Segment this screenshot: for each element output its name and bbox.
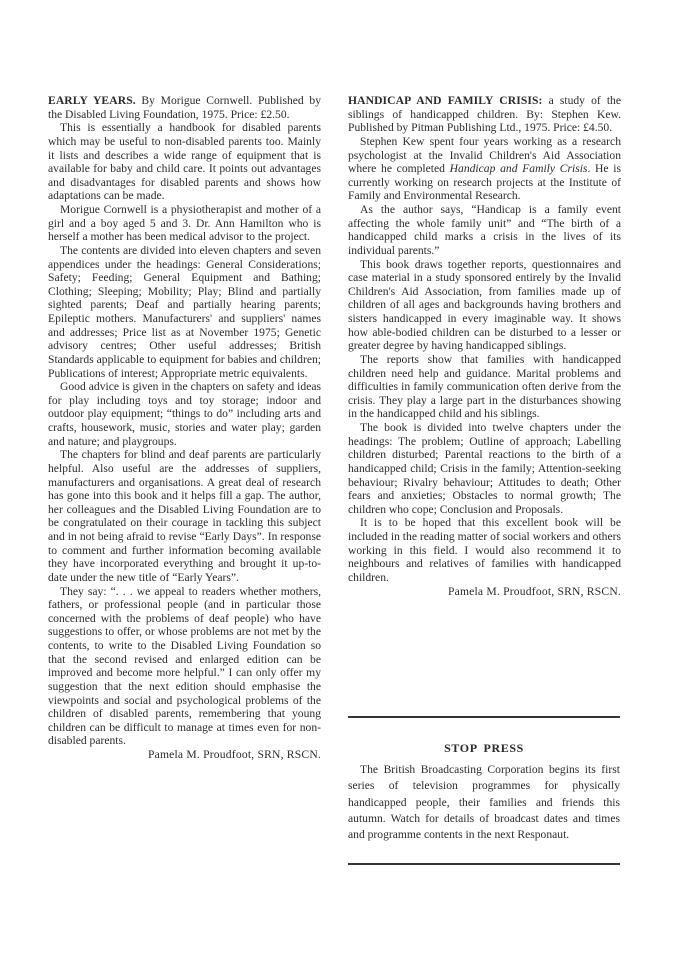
book-title-italic: Handicap and Family Crisis: [450, 162, 588, 175]
stop-press-body: The British Broadcasting Corporation beg…: [348, 762, 620, 843]
stop-press-heading: STOP PRESS: [348, 740, 620, 756]
divider-rule-bottom: [348, 863, 620, 865]
review-paragraph: The contents are divided into eleven cha…: [48, 244, 321, 380]
review-paragraph: Morigue Cornwell is a physiotherapist an…: [48, 203, 321, 244]
document-page: EARLY YEARS. By Morigue Cornwell. Publis…: [0, 0, 690, 974]
review-paragraph: Good advice is given in the chapters on …: [48, 380, 321, 448]
review-paragraph: As the author says, “Handicap is a famil…: [348, 203, 621, 258]
review-paragraph: Stephen Kew spent four years working as …: [348, 135, 621, 203]
reviewer-signature: Pamela M. Proudfoot, SRN, RSCN.: [348, 585, 621, 599]
divider-rule-top: [348, 716, 620, 718]
review-paragraph: The chapters for blind and deaf parents …: [48, 448, 321, 584]
review-handicap-family-crisis: HANDICAP AND FAMILY CRISIS: a study of t…: [348, 94, 621, 598]
reviewer-signature: Pamela M. Proudfoot, SRN, RSCN.: [48, 748, 321, 762]
stop-press-box: STOP PRESS The British Broadcasting Corp…: [348, 740, 620, 843]
review-header: EARLY YEARS. By Morigue Cornwell. Publis…: [48, 94, 321, 121]
review-header: HANDICAP AND FAMILY CRISIS: a study of t…: [348, 94, 621, 135]
review-paragraph: The book is divided into twelve chapters…: [348, 421, 621, 516]
review-paragraph: This book draws together reports, questi…: [348, 258, 621, 353]
review-paragraph: The reports show that families with hand…: [348, 353, 621, 421]
book-title: HANDICAP AND FAMILY CRISIS:: [348, 94, 543, 107]
review-early-years: EARLY YEARS. By Morigue Cornwell. Publis…: [48, 94, 321, 762]
review-paragraph: This is essentially a handbook for disab…: [48, 121, 321, 203]
review-paragraph: They say: “. . . we appeal to readers wh…: [48, 585, 321, 749]
book-title: EARLY YEARS.: [48, 94, 136, 107]
review-paragraph: It is to be hoped that this excellent bo…: [348, 516, 621, 584]
